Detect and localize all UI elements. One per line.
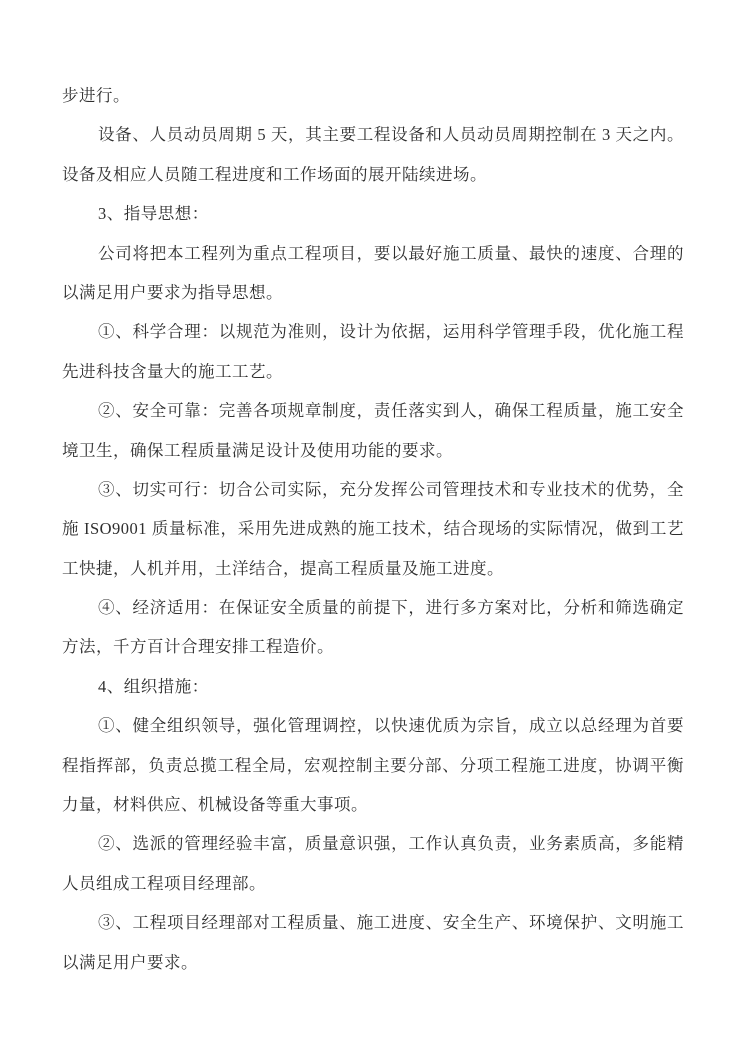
text-line: 程指挥部，负责总揽工程全局，宏观控制主要分部、分项工程施工进度，协调平衡决策施工 (62, 746, 684, 785)
text-line: 步进行。 (62, 76, 684, 115)
text-line: ②、选派的管理经验丰富，质量意识强，工作认真负责，业务素质高，多能精干的优秀 (62, 824, 684, 863)
text-line: 先进科技含量大的施工工艺。 (62, 352, 684, 391)
text-line: ③、工程项目经理部对工程质量、施工进度、安全生产、环境保护、文明施工负有全责， (62, 903, 684, 942)
text-line: ④、经济适用：在保证安全质量的前提下，进行多方案对比，分析和筛选确定最佳施工 (62, 588, 684, 627)
document-text-body: 步进行。设备、人员动员周期 5 天，其主要工程设备和人员动员周期控制在 3 天之… (62, 76, 684, 982)
text-line: 人员组成工程项目经理部。 (62, 864, 684, 903)
text-line: 以满足用户要求为指导思想。 (62, 273, 684, 312)
text-line: 工快捷，人机并用，土洋结合，提高工程质量及施工进度。 (62, 549, 684, 588)
text-line: 公司将把本工程列为重点工程项目，要以最好施工质量、最快的速度、合理的工程造价 (62, 234, 684, 273)
text-line: 设备及相应人员随工程进度和工作场面的展开陆续进场。 (62, 155, 684, 194)
text-line: 设备、人员动员周期 5 天，其主要工程设备和人员动员周期控制在 3 天之内。其他… (62, 115, 684, 154)
text-line: ①、健全组织领导，强化管理调控，以快速优质为宗旨，成立以总经理为首要领导的工 (62, 706, 684, 745)
text-line: 方法，千方百计合理安排工程造价。 (62, 627, 684, 666)
text-line: 3、指导思想： (62, 194, 684, 233)
text-line: 施 ISO9001 质量标准，采用先进成熟的施工技术，结合现场的实际情况，做到工… (62, 509, 684, 548)
text-line: ①、科学合理：以规范为准则，设计为依据，运用科学管理手段，优化施工程序，采用 (62, 312, 684, 351)
text-line: 境卫生，确保工程质量满足设计及使用功能的要求。 (62, 431, 684, 470)
text-line: 以满足用户要求。 (62, 943, 684, 982)
text-line: ③、切实可行：切合公司实际，充分发挥公司管理技术和专业技术的优势，全面贯彻实 (62, 470, 684, 509)
document-page: 步进行。设备、人员动员周期 5 天，其主要工程设备和人员动员周期控制在 3 天之… (0, 0, 744, 1052)
text-line: 4、组织措施： (62, 667, 684, 706)
text-line: ②、安全可靠：完善各项规章制度，责任落实到人，确保工程质量，施工安全生产，环 (62, 391, 684, 430)
text-line: 力量，材料供应、机械设备等重大事项。 (62, 785, 684, 824)
